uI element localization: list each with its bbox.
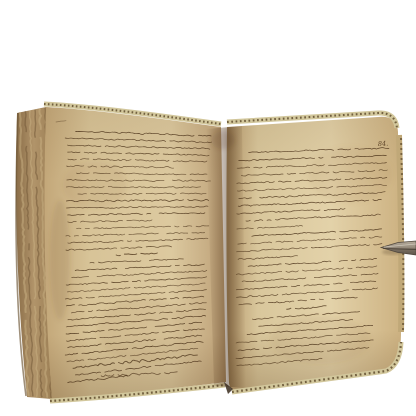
page-number: 84. xyxy=(378,139,389,148)
right-fore-edge xyxy=(399,135,403,332)
book-illustration: 84. xyxy=(0,0,416,416)
manuscript-photo: 84. xyxy=(0,0,416,416)
